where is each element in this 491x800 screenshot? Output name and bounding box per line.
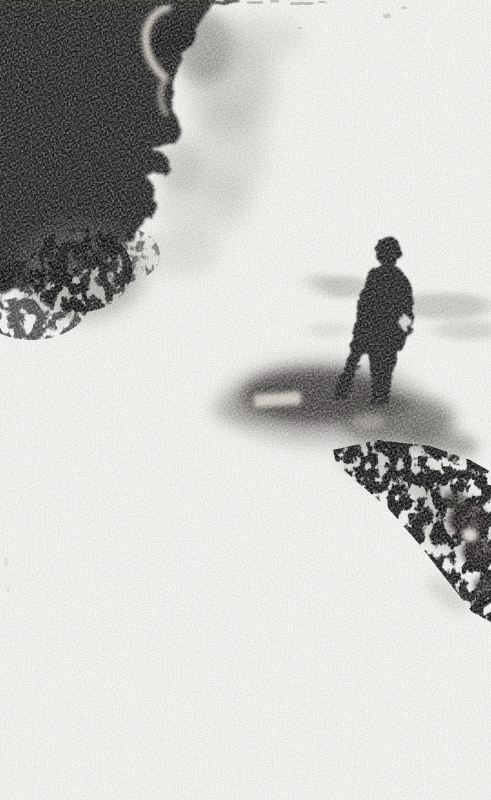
film-grain	[0, 0, 491, 800]
photograph	[0, 0, 491, 800]
photo-canvas	[0, 0, 491, 800]
